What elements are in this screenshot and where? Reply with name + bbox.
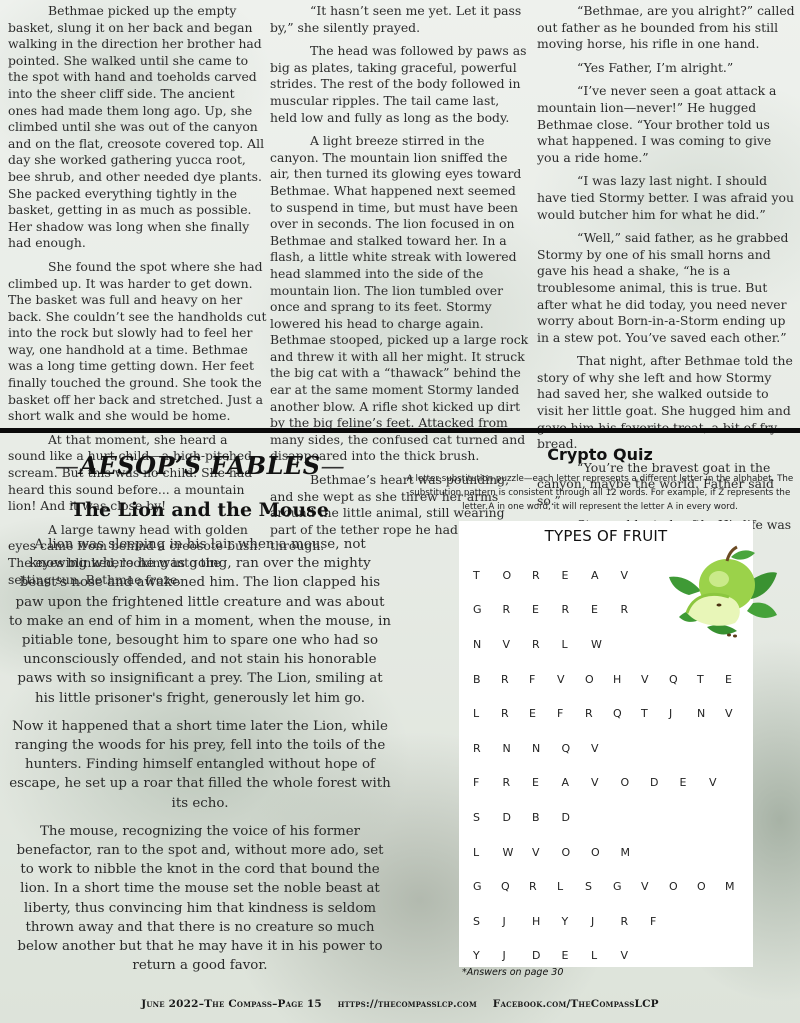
cipher-letter: G xyxy=(473,880,501,893)
cipher-letter: F xyxy=(473,776,503,789)
footer-issue: June 2022–The Compass–Page 15 xyxy=(141,998,322,1010)
story-section: Bethmae picked up the empty basket, slun… xyxy=(0,3,800,425)
cipher-letter: O xyxy=(591,846,621,859)
cipher-word: TOREAV xyxy=(473,558,753,593)
cipher-letter: J xyxy=(591,915,621,928)
cipher-letter: Q xyxy=(562,742,592,755)
cipher-letter: E xyxy=(532,603,562,616)
cipher-letter: E xyxy=(529,707,557,720)
cipher-letter: S xyxy=(473,811,503,824)
cipher-letter: R xyxy=(562,603,592,616)
story-paragraph: The head was followed by paws as big as … xyxy=(270,43,530,126)
puzzle-card: TYPES OF FRUIT xyxy=(459,521,753,967)
cipher-word: GRERER xyxy=(473,593,753,628)
cipher-word: NVRLW xyxy=(473,627,753,662)
cipher-word: SDBD xyxy=(473,800,753,835)
cipher-letter: V xyxy=(641,880,669,893)
cipher-letter: F xyxy=(650,915,680,928)
cipher-letter: R xyxy=(501,707,529,720)
cipher-word: RNNQV xyxy=(473,731,753,766)
fable-paragraph: The mouse, recognizing the voice of his … xyxy=(8,822,392,976)
cipher-letter: E xyxy=(591,603,621,616)
cipher-word: GQRLSGVOOM xyxy=(473,869,753,904)
aesop-header-text: AESOP’S FABLES xyxy=(79,451,320,480)
story-paragraph: “Bethmae, are you alright?” called out f… xyxy=(537,3,797,53)
story-paragraph: Bethmae picked up the empty basket, slun… xyxy=(8,3,267,252)
cipher-letter: N xyxy=(532,742,562,755)
cipher-letter: E xyxy=(680,776,710,789)
cipher-letter: R xyxy=(503,776,533,789)
cipher-letter: Y xyxy=(562,915,592,928)
cipher-letter: M xyxy=(725,880,753,893)
cipher-letter: G xyxy=(613,880,641,893)
cipher-letter: V xyxy=(709,776,739,789)
cipher-letter: N xyxy=(697,707,725,720)
cipher-word: LWVOOM xyxy=(473,835,753,870)
cipher-letter: D xyxy=(503,811,533,824)
cipher-letter: W xyxy=(503,846,533,859)
fable-body: A lion was sleeping in his lair when a m… xyxy=(8,535,392,984)
cipher-letter: R xyxy=(532,638,562,651)
story-paragraph: “I was lazy last night. I should have ti… xyxy=(537,173,797,223)
cipher-letter: A xyxy=(591,569,621,582)
cipher-letter: E xyxy=(562,569,592,582)
cipher-letter: O xyxy=(503,569,533,582)
cipher-letter: S xyxy=(473,915,503,928)
aesop-fables-section: —AESOP’S FABLES— The Lion and the Mouse … xyxy=(0,433,400,983)
cipher-letter: Q xyxy=(613,707,641,720)
story-paragraph: “I’ve never seen a goat attack a mountai… xyxy=(537,83,797,166)
cipher-letter: F xyxy=(529,673,557,686)
cipher-letter: R xyxy=(621,603,651,616)
cipher-letter: T xyxy=(473,569,503,582)
cipher-letter: G xyxy=(473,603,503,616)
cipher-letter: H xyxy=(532,915,562,928)
cipher-letter: R xyxy=(501,673,529,686)
cipher-letter: A xyxy=(562,776,592,789)
cipher-letter: V xyxy=(591,742,621,755)
cipher-word-grid: TOREAV GRERER NVRLW BRFVOHVQTE LREFRQTJN… xyxy=(473,558,753,973)
cipher-letter: J xyxy=(669,707,697,720)
header-dash: — xyxy=(55,452,80,480)
cipher-letter: O xyxy=(585,673,613,686)
cipher-letter: J xyxy=(503,915,533,928)
story-paragraph: She found the spot where she had climbed… xyxy=(8,259,267,425)
cipher-letter: W xyxy=(591,638,621,651)
cipher-letter: L xyxy=(473,846,503,859)
cipher-word: SJHYJRF xyxy=(473,904,753,939)
cipher-letter: O xyxy=(669,880,697,893)
cipher-letter: V xyxy=(621,949,651,962)
cipher-letter: R xyxy=(473,742,503,755)
cipher-word: LREFRQTJNV xyxy=(473,696,753,731)
cipher-letter: D xyxy=(650,776,680,789)
cipher-letter: J xyxy=(503,949,533,962)
cipher-letter: T xyxy=(697,673,725,686)
cipher-letter: R xyxy=(503,603,533,616)
cipher-letter: R xyxy=(532,569,562,582)
cipher-letter: Q xyxy=(669,673,697,686)
cipher-letter: V xyxy=(557,673,585,686)
cipher-letter: R xyxy=(585,707,613,720)
fable-title: The Lion and the Mouse xyxy=(0,499,400,521)
story-paragraph: “Well,” said father, as he grabbed Storm… xyxy=(537,230,797,346)
cipher-letter: L xyxy=(562,638,592,651)
header-dash: — xyxy=(321,452,346,480)
cipher-letter: O xyxy=(697,880,725,893)
cipher-letter: F xyxy=(557,707,585,720)
cipher-letter: V xyxy=(532,846,562,859)
cipher-letter: M xyxy=(621,846,651,859)
cipher-letter: T xyxy=(641,707,669,720)
cipher-letter: L xyxy=(473,707,501,720)
aesop-header: —AESOP’S FABLES— xyxy=(0,451,400,480)
cipher-letter: L xyxy=(591,949,621,962)
cipher-letter: V xyxy=(621,569,651,582)
cipher-word: FREAVODEV xyxy=(473,766,753,801)
cipher-letter: Y xyxy=(473,949,503,962)
fable-paragraph: Now it happened that a short time later … xyxy=(8,717,392,813)
footer-website-link[interactable]: https://thecompasslcp.com xyxy=(338,998,477,1010)
story-paragraph: “It hasn’t seen me yet. Let it pass by,”… xyxy=(270,3,530,36)
quiz-description: A letter substitution puzzle—each letter… xyxy=(402,472,798,514)
newsletter-page: Bethmae picked up the empty basket, slun… xyxy=(0,0,800,1023)
cipher-letter: V xyxy=(503,638,533,651)
cipher-letter: O xyxy=(621,776,651,789)
cipher-letter: O xyxy=(562,846,592,859)
crypto-quiz-section: Crypto Quiz A letter substitution puzzle… xyxy=(400,433,800,983)
cipher-letter: Q xyxy=(501,880,529,893)
quiz-title: Crypto Quiz xyxy=(400,445,800,464)
cipher-letter: E xyxy=(532,776,562,789)
cipher-word: BRFVOHVQTE xyxy=(473,662,753,697)
answers-note: *Answers on page 30 xyxy=(462,967,563,978)
cipher-letter: L xyxy=(557,880,585,893)
cipher-letter: R xyxy=(621,915,651,928)
fable-paragraph: A lion was sleeping in his lair when a m… xyxy=(8,535,392,708)
cipher-letter: H xyxy=(613,673,641,686)
cipher-letter: N xyxy=(473,638,503,651)
cipher-letter: R xyxy=(529,880,557,893)
cipher-letter: S xyxy=(585,880,613,893)
cipher-letter: B xyxy=(532,811,562,824)
cipher-letter: E xyxy=(562,949,592,962)
cipher-letter: V xyxy=(725,707,753,720)
story-paragraph: A light breeze stirred in the canyon. Th… xyxy=(270,133,530,465)
cipher-letter: E xyxy=(725,673,753,686)
cipher-letter: B xyxy=(473,673,501,686)
cipher-letter: V xyxy=(591,776,621,789)
cipher-letter: D xyxy=(532,949,562,962)
story-paragraph: “Yes Father, I’m alright.” xyxy=(537,60,797,77)
page-footer: June 2022–The Compass–Page 15 https://th… xyxy=(0,998,800,1010)
footer-facebook-link[interactable]: Facebook.com/TheCompassLCP xyxy=(493,998,659,1010)
cipher-letter: V xyxy=(641,673,669,686)
cipher-letter: D xyxy=(562,811,592,824)
cipher-letter: N xyxy=(503,742,533,755)
